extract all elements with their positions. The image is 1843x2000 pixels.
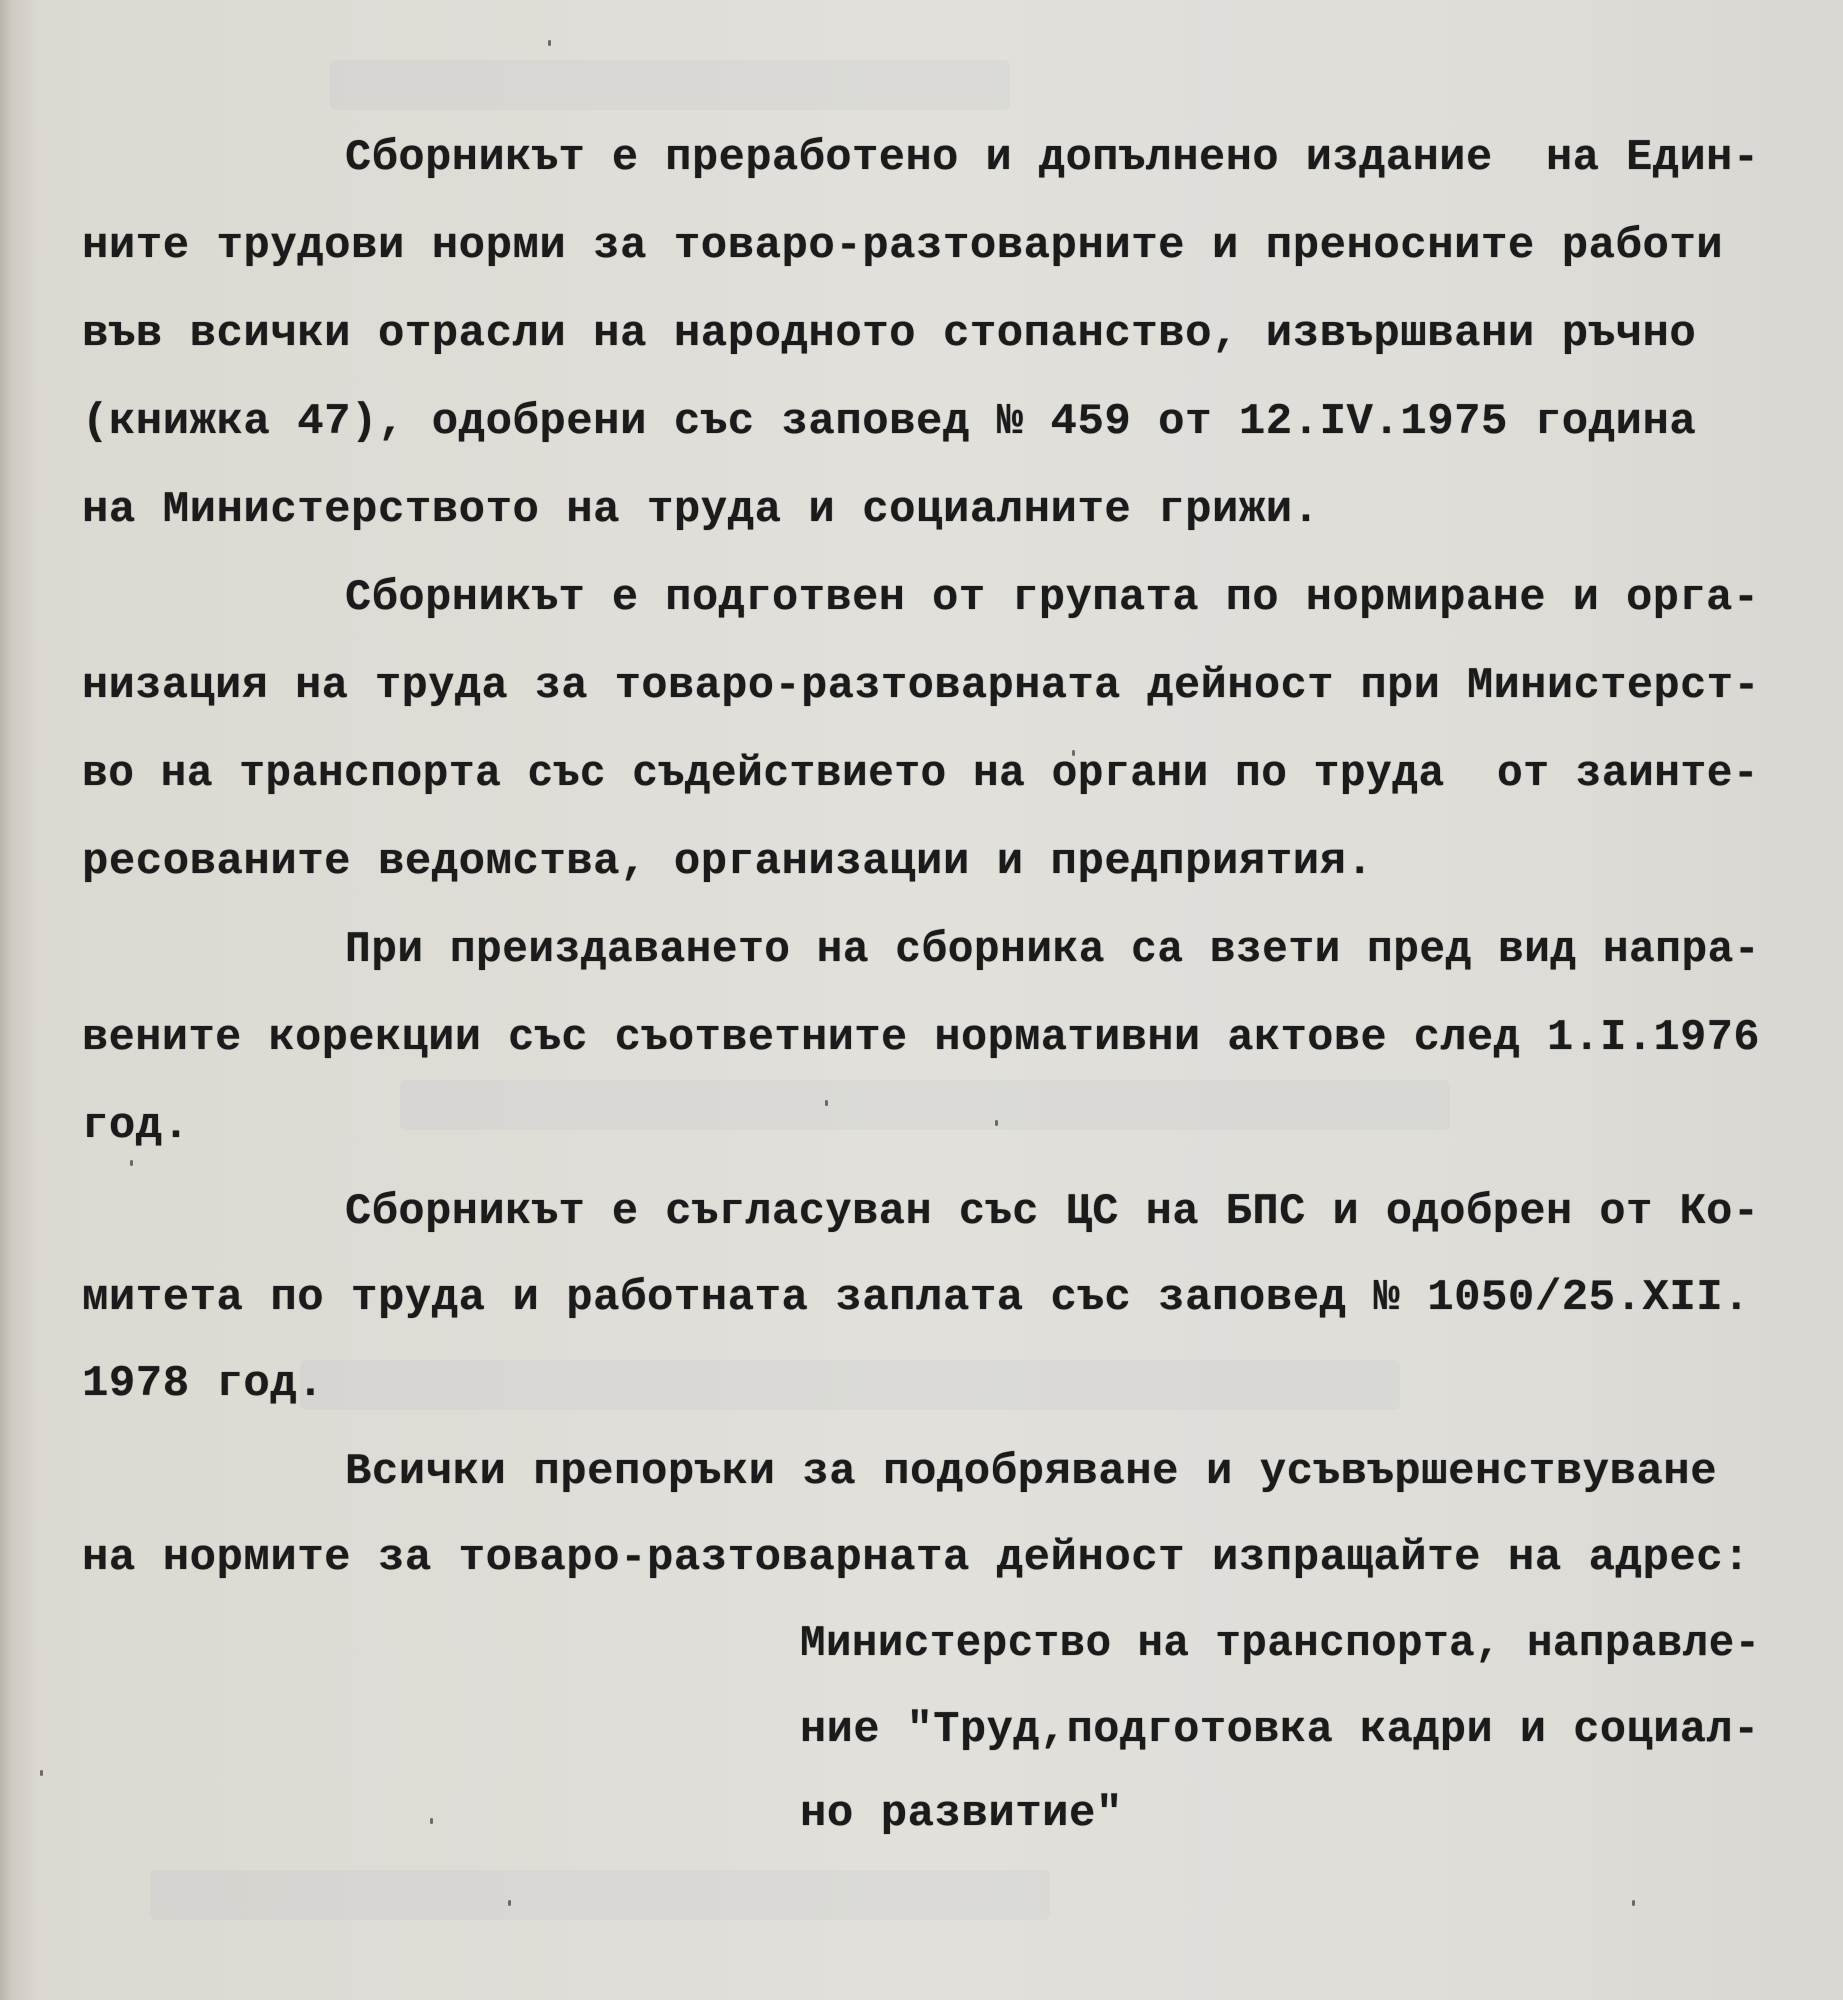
address-line-3: но развитие" <box>800 1792 1123 1836</box>
paragraph-2-line-4: ресованите ведомства, организации и пред… <box>82 840 1373 884</box>
paragraph-2-line-1: Сборникът е подготвен от групата по норм… <box>345 576 1760 620</box>
paragraph-2-line-2: низация на труда за товаро-разтоварната … <box>82 664 1760 708</box>
paper-speck <box>40 1770 43 1776</box>
paragraph-3-line-1: При преиздаването на сборника са взети п… <box>345 928 1760 972</box>
paper-speck <box>130 1160 133 1166</box>
paragraph-2-line-3: во на транспорта със съдействието на орг… <box>82 752 1759 796</box>
paragraph-4-line-3: 1978 год. <box>82 1362 324 1406</box>
paragraph-1-line-1: Сборникът е преработено и допълнено изда… <box>345 136 1760 180</box>
paragraph-5-line-2: на нормите за товаро-разтоварната дейнос… <box>82 1536 1750 1580</box>
paper-speck <box>430 1818 433 1824</box>
paragraph-3-line-2: вените корекции със съответните норматив… <box>82 1016 1760 1060</box>
paper-speck <box>1632 1900 1635 1906</box>
paragraph-5-line-1: Всички препоръки за подобряване и усъвър… <box>345 1450 1717 1494</box>
address-line-2: ние "Труд,подготовка кадри и социал- <box>800 1708 1760 1752</box>
address-line-1: Министерство на транспорта, направле- <box>800 1622 1761 1666</box>
bleed-through-shadow <box>150 1870 1050 1920</box>
bleed-through-shadow <box>300 1360 1400 1410</box>
paragraph-4-line-1: Сборникът е съгласуван със ЦС на БПС и о… <box>345 1190 1760 1234</box>
paper-speck <box>508 1900 511 1906</box>
paper-speck <box>825 1100 828 1106</box>
paragraph-1-line-2: ните трудови норми за товаро-разтоварнит… <box>82 224 1723 268</box>
paragraph-1-line-5: на Министерството на труда и социалните … <box>82 488 1320 532</box>
paper-speck <box>1072 750 1075 756</box>
paragraph-3-line-3: год. <box>82 1104 190 1148</box>
paragraph-4-line-2: митета по труда и работната заплата със … <box>82 1276 1750 1320</box>
paper-speck <box>995 1120 998 1126</box>
paragraph-1-line-4: (книжка 47), одобрени със заповед № 459 … <box>82 400 1696 444</box>
bleed-through-shadow <box>400 1080 1450 1130</box>
paragraph-1-line-3: във всички отрасли на народното стопанст… <box>82 312 1696 356</box>
bleed-through-shadow <box>330 60 1010 110</box>
paper-speck <box>548 40 551 46</box>
document-page: Сборникът е преработено и допълнено изда… <box>0 0 1843 2000</box>
